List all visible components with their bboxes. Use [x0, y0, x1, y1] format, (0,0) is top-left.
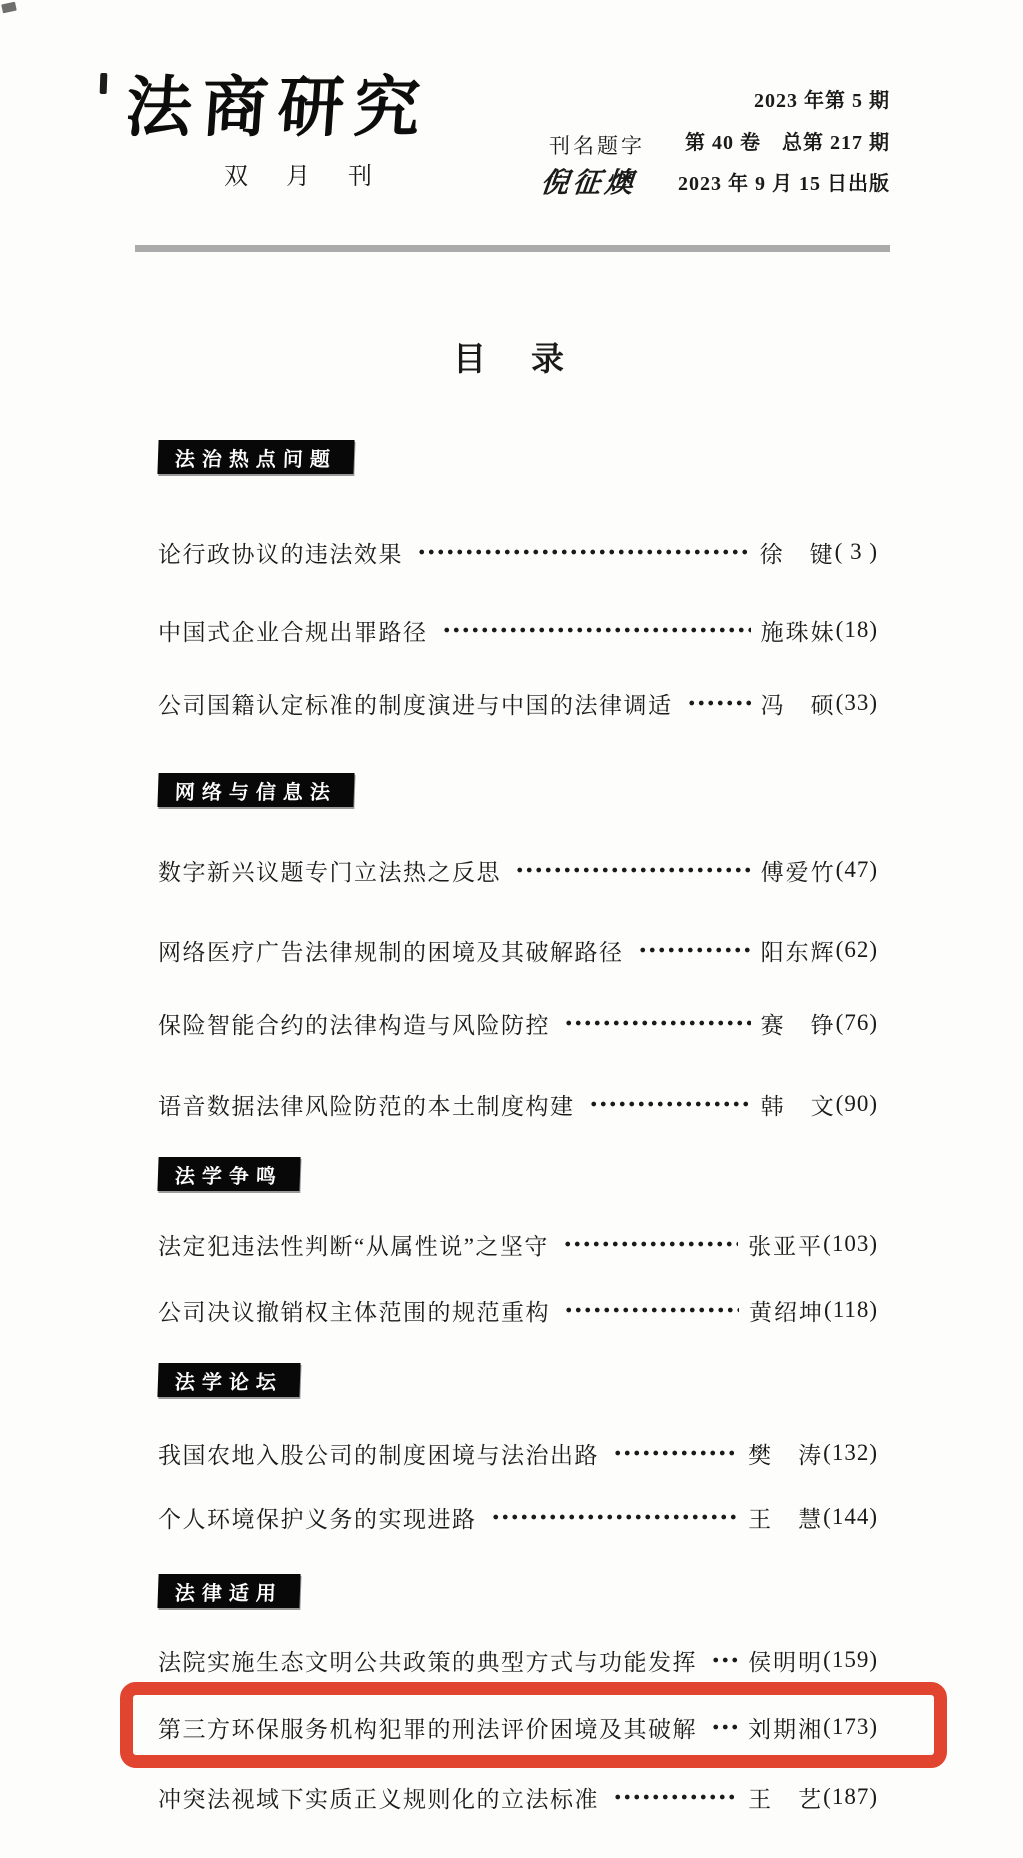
dot-leader — [613, 1437, 738, 1469]
dot-leader — [613, 1781, 738, 1813]
toc-entry: 论行政协议的违法效果 徐 键 ( 3 ) — [158, 536, 878, 568]
toc-entry-highlighted: 第三方环保服务机构犯罪的刑法评价困境及其破解 刘期湘 (173) — [158, 1711, 878, 1743]
article-title: 个人环境保护义务的实现进路 — [158, 1501, 477, 1534]
dot-leader — [687, 687, 751, 719]
article-author: 施珠妹 — [761, 614, 836, 647]
article-author: 樊 涛 — [748, 1437, 823, 1470]
article-author: 阳东辉 — [761, 934, 836, 967]
article-title: 法院实施生态文明公共政策的典型方式与功能发挥 — [158, 1644, 697, 1677]
article-pages: (132) — [823, 1440, 878, 1466]
article-pages: (76) — [836, 1010, 878, 1036]
toc-entry: 法院实施生态文明公共政策的典型方式与功能发挥 侯明明 (159) — [158, 1644, 878, 1676]
article-title: 保险智能合约的法律构造与风险防控 — [158, 1007, 550, 1040]
article-title: 数字新兴议题专门立法热之反思 — [158, 854, 501, 887]
article-author: 刘期湘 — [748, 1711, 823, 1744]
publish-date: 2023 年 9 月 15 日出版 — [678, 167, 890, 196]
inscriber-signature: 倪征燠 — [539, 161, 639, 201]
article-title: 公司决议撤销权主体范围的规范重构 — [158, 1294, 550, 1327]
article-author: 韩 文 — [761, 1088, 836, 1121]
article-pages: (18) — [836, 617, 878, 643]
article-title: 语音数据法律风险防范的本土制度构建 — [158, 1088, 575, 1121]
article-author: 王 艺 — [748, 1781, 823, 1814]
article-pages: (173) — [823, 1714, 878, 1740]
article-title: 法定犯违法性判断“从属性说”之坚守 — [158, 1228, 549, 1261]
dot-leader — [563, 1228, 738, 1260]
article-title: 我国农地入股公司的制度困境与法治出路 — [158, 1437, 599, 1470]
toc-entry: 公司决议撤销权主体范围的规范重构 黄绍坤 (118) — [158, 1294, 878, 1326]
scan-corner-mark — [1, 2, 17, 14]
dot-leader — [589, 1088, 751, 1120]
article-author: 张亚平 — [748, 1228, 823, 1261]
dot-leader — [564, 1294, 739, 1326]
toc-entry: 保险智能合约的法律构造与风险防控 赛 铮 (76) — [158, 1007, 878, 1039]
article-author: 王 慧 — [748, 1501, 823, 1534]
toc-entry: 个人环境保护义务的实现进路 王 慧 (144) — [158, 1501, 878, 1533]
section-badge-law-application: 法律适用 — [157, 1574, 300, 1608]
article-pages: (144) — [823, 1504, 878, 1530]
section-badge-legal-forum: 法学论坛 — [157, 1363, 300, 1397]
inscription-label: 刊名题字 — [549, 130, 645, 160]
article-pages: (103) — [823, 1231, 878, 1257]
volume-total-issue: 第 40 卷 总第 217 期 — [685, 126, 890, 155]
toc-entry: 冲突法视域下实质正义规则化的立法标准 王 艺 (187) — [158, 1781, 878, 1813]
article-pages: (90) — [836, 1091, 878, 1117]
journal-subtitle: 双 月 刊 — [224, 156, 388, 191]
article-title: 论行政协议的违法效果 — [158, 536, 403, 569]
header-divider — [135, 245, 890, 252]
dot-leader — [711, 1711, 738, 1743]
section-badge-network-information-law: 网络与信息法 — [157, 773, 354, 807]
toc-entry: 网络医疗广告法律规制的困境及其破解路径 阳东辉 (62) — [158, 934, 878, 966]
article-pages: ( 3 ) — [835, 539, 878, 565]
article-pages: (118) — [824, 1297, 878, 1323]
toc-entry: 法定犯违法性判断“从属性说”之坚守 张亚平 (103) — [158, 1228, 878, 1260]
dot-leader — [564, 1007, 751, 1039]
article-author: 徐 键 — [760, 536, 835, 569]
dot-leader — [442, 614, 751, 646]
article-title: 第三方环保服务机构犯罪的刑法评价困境及其破解 — [158, 1711, 697, 1744]
article-author: 冯 硕 — [761, 687, 836, 720]
section-badge-legal-hot-issues: 法治热点问题 — [157, 440, 354, 474]
article-title: 公司国籍认定标准的制度演进与中国的法律调适 — [158, 687, 673, 720]
article-title: 中国式企业合规出罪路径 — [158, 614, 428, 647]
toc-entry: 中国式企业合规出罪路径 施珠妹 (18) — [158, 614, 878, 646]
dot-leader — [711, 1644, 738, 1676]
article-title: 网络医疗广告法律规制的困境及其破解路径 — [158, 934, 624, 967]
toc-entry: 语音数据法律风险防范的本土制度构建 韩 文 (90) — [158, 1088, 878, 1120]
article-author: 傅爱竹 — [761, 854, 836, 887]
article-author: 黄绍坤 — [749, 1294, 824, 1327]
journal-toc-page: 法商研究 双 月 刊 刊名题字 倪征燠 2023 年第 5 期 第 40 卷 总… — [0, 0, 1023, 1858]
article-pages: (47) — [836, 857, 878, 883]
article-author: 赛 铮 — [761, 1007, 836, 1040]
article-pages: (187) — [823, 1784, 878, 1810]
toc-title: 目 录 — [0, 333, 1023, 380]
issue-year-number: 2023 年第 5 期 — [754, 84, 890, 113]
dot-leader — [491, 1501, 739, 1533]
journal-title-calligraphy: 法商研究 — [124, 74, 433, 140]
dot-leader — [417, 536, 750, 568]
dot-leader — [515, 854, 751, 886]
ink-splash-mark — [100, 73, 108, 94]
toc-entry: 数字新兴议题专门立法热之反思 傅爱竹 (47) — [158, 854, 878, 886]
article-pages: (33) — [836, 690, 878, 716]
toc-entry: 公司国籍认定标准的制度演进与中国的法律调适 冯 硕 (33) — [158, 687, 878, 719]
article-author: 侯明明 — [748, 1644, 823, 1677]
article-pages: (159) — [823, 1647, 878, 1673]
article-pages: (62) — [836, 937, 878, 963]
section-badge-legal-debate: 法学争鸣 — [157, 1157, 300, 1191]
toc-entry: 我国农地入股公司的制度困境与法治出路 樊 涛 (132) — [158, 1437, 878, 1469]
dot-leader — [638, 934, 751, 966]
article-title: 冲突法视域下实质正义规则化的立法标准 — [158, 1781, 599, 1814]
